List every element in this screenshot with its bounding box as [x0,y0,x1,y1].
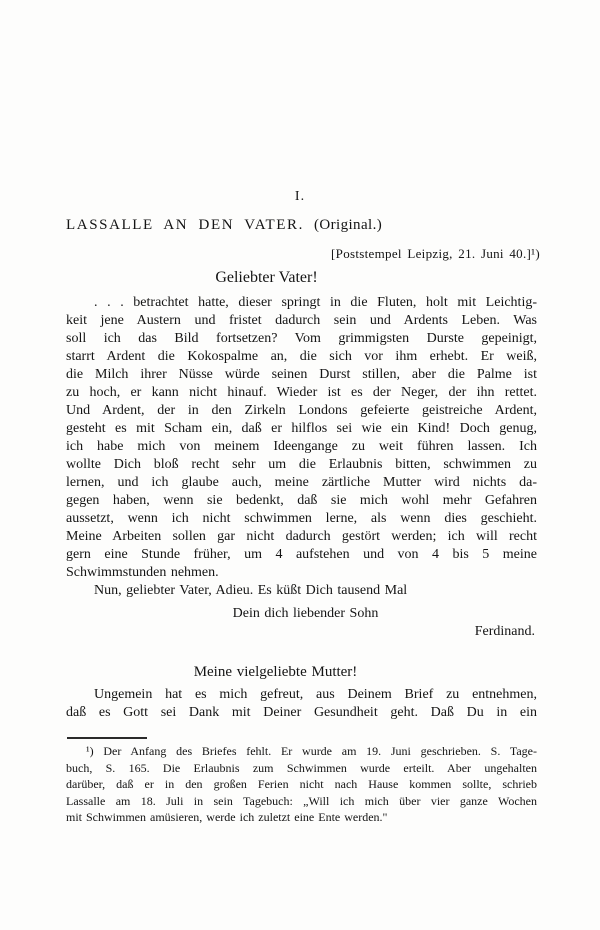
valediction: Dein dich liebender Sohn [66,605,537,623]
signature: Ferdinand. [66,623,537,641]
text-line: die Milch ihrer Nüsse würde seinen Durst… [66,366,537,384]
text-line: ¹) Der Anfang des Briefes fehlt. Er wurd… [66,743,537,760]
letter-body-mother: Ungemein hat es mich gefreut, aus Deinem… [66,686,537,722]
text-line: wollte Dich bloß recht sehr um die Erlau… [66,456,537,474]
text-line: keit jene Austern und fristet dadurch se… [66,312,537,330]
text-line: ich habe mich von meinem Ideengange zu w… [66,438,537,456]
text-line: mit Schwimmen amüsieren, werde ich zulet… [66,809,537,826]
text-line: daß es Gott sei Dank mit Deiner Gesundhe… [66,704,537,722]
text-line: lernen, und ich glaube auch, meine zärtl… [66,474,537,492]
text-line: Ungemein hat es mich gefreut, aus Deinem… [66,686,537,704]
letter-heading-annotation: (Original.) [314,217,382,233]
text-line: aussetzt, wenn ich nicht schwimmen lerne… [66,510,537,528]
text-line: starrt Ardent die Kokospalme an, die sic… [66,348,537,366]
text-line: Und Ardent, der in den Zirkeln Londons g… [66,402,537,420]
text-line: Meine Arbeiten sollen gar nicht dadurch … [66,528,537,546]
salutation-mother: Meine vielgeliebte Mutter! [66,662,537,682]
postmark-line: [Poststempel Leipzig, 21. Juni 40.]¹) [66,246,540,262]
footnote-separator [67,737,147,739]
footnote: ¹) Der Anfang des Briefes fehlt. Er wurd… [66,743,537,826]
text-line: Lassalle am 18. Juli in sein Tagebuch: „… [66,793,537,810]
text-line: . . . betrachtet hatte, dieser springt i… [66,294,537,312]
text-line: buch, S. 165. Die Erlaubnis zum Schwimme… [66,760,537,777]
letter-body-father: . . . betrachtet hatte, dieser springt i… [66,294,537,582]
text-line: Schwimmstunden nehmen. [66,564,537,582]
text-line: zu hoch, er kann nicht hinauf. Wieder is… [66,384,537,402]
salutation-father: Geliebter Vater! [66,269,537,287]
text-line: darüber, daß er in den großen Ferien nic… [66,776,537,793]
text-line: soll ich das Bild fortsetzen? Vom grimmi… [66,330,537,348]
text-line: gegen haben, wenn sie bedenkt, daß sie m… [66,492,537,510]
closing-line: Nun, geliebter Vater, Adieu. Es küßt Dic… [66,582,537,600]
section-number: I. [0,189,600,205]
letter-heading-title: LASSALLE AN DEN VATER. [66,217,304,233]
text-line: gern eine Stunde früher, um 4 aufstehen … [66,546,537,564]
text-line: gesteht es mit Scham ein, daß er hilflos… [66,420,537,438]
letter-heading: LASSALLE AN DEN VATER.(Original.) [66,217,537,234]
book-page: I. LASSALLE AN DEN VATER.(Original.) [Po… [0,0,600,930]
letter-column: . . . betrachtet hatte, dieser springt i… [66,294,537,722]
